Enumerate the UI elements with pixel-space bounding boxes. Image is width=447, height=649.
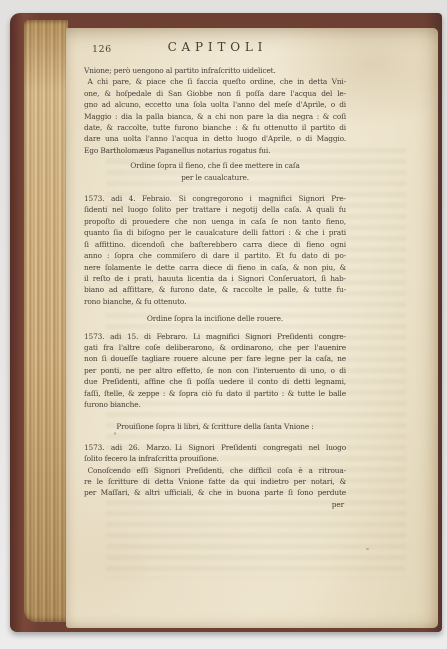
text-line: anno : ſopra che commiſero di dare il pa… [84, 250, 346, 261]
text-line: 1573. adi 4. Febraio. Si congregorono i … [84, 193, 346, 204]
folio-number: 126 [92, 44, 112, 55]
text-line: Maggio : dia la palla bianca, & a chi no… [84, 111, 346, 122]
text-line: ſi affittino. dicendoſi che baſterebbero… [84, 239, 346, 250]
text-line: Prouiſione ſopra li libri, & ſcritture d… [84, 421, 346, 432]
running-title: CAPITOLI [84, 40, 346, 53]
text-line: date, & raccolte, tutte furono bianche :… [84, 122, 346, 133]
text-line: quanto ſia di biſogno per le caualcature… [84, 227, 346, 238]
text-line: rono bianche, & fu ottenuto. [84, 296, 346, 307]
section-heading: Ordine ſopra la inciſione delle rouere. [84, 313, 346, 324]
text-line: Vnione; però uengono al partito infraſcr… [84, 65, 346, 76]
text-line: dare una uolta l'anno l'acqua in detto l… [84, 133, 346, 144]
text-line: one, & hoſpedale di San Giobbe non ſi po… [84, 88, 346, 99]
text-line: due Preſidenti, affine che ſi poſſa uede… [84, 376, 346, 387]
text-line: Ego Bartholomæus Paganellus notarius rog… [84, 145, 346, 156]
sections-container: Vnione; però uengono al partito infraſcr… [84, 65, 346, 499]
paragraph: 1573. adi 26. Marzo. Li Signori Preſiden… [84, 442, 346, 499]
text-line: 1573. adi 15. di Febraro. Li magnifici S… [84, 331, 346, 342]
paragraph: Vnione; però uengono al partito infraſcr… [84, 65, 346, 156]
text-line: propoſto di prouedere che non uenga in c… [84, 216, 346, 227]
catchword: per [84, 499, 346, 510]
text-line: biano ad affittare, & furono date, & rac… [84, 284, 346, 295]
paragraph: 1573. adi 15. di Febraro. Li magnifici S… [84, 331, 346, 411]
text-line: A chi pare, & piace che ſi faccia queſto… [84, 76, 346, 87]
text-line: non ſi doueſſe tagliare rouere alcune pe… [84, 353, 346, 364]
text-line: Conoſcendo eſſi Signori Preſidenti, che … [84, 465, 346, 476]
text-line: per Maſſari, & altri ufficiali, & che in… [84, 487, 346, 498]
page-edge-stack [24, 20, 68, 622]
text-block: 126 CAPITOLI Vnione; però uengono al par… [84, 40, 346, 510]
text-line: gno ad alcuno, eccetto una ſola uolta l'… [84, 99, 346, 110]
page-header: 126 CAPITOLI [84, 40, 346, 57]
text-line: nere ſolamente le dette carra diece di f… [84, 262, 346, 273]
section-heading: Prouiſione ſopra li libri, & ſcritture d… [84, 421, 346, 432]
text-line: gati fra l'altre coſe deliberarono, & or… [84, 342, 346, 353]
text-line: 1573. adi 26. Marzo. Li Signori Preſiden… [84, 442, 346, 453]
text-line: ſidenti nel luogo ſolito per trattare i … [84, 204, 346, 215]
text-line: Ordine ſopra il fieno, che ſi dee metter… [84, 160, 346, 171]
text-line: re le ſcritture di detta Vnione fatte da… [84, 476, 346, 487]
paragraph: 1573. adi 4. Febraio. Si congregorono i … [84, 193, 346, 307]
text-line: ſolito fecero la infraſcritta prouiſione… [84, 453, 346, 464]
text-line: faſſi, ſtelle, & zeppe : & ſopra ciò fu … [84, 388, 346, 399]
text-line: per le caualcature. [84, 172, 346, 183]
text-line: per ponti, ne per altro effetto, ſe non … [84, 365, 346, 376]
text-line: Ordine ſopra la inciſione delle rouere. [84, 313, 346, 324]
text-line: il reſto de i prati, hauuta licentia da … [84, 273, 346, 284]
section-heading: Ordine ſopra il fieno, che ſi dee metter… [84, 160, 346, 183]
paper-speck [366, 548, 369, 550]
text-line: furono bianche. [84, 399, 346, 410]
